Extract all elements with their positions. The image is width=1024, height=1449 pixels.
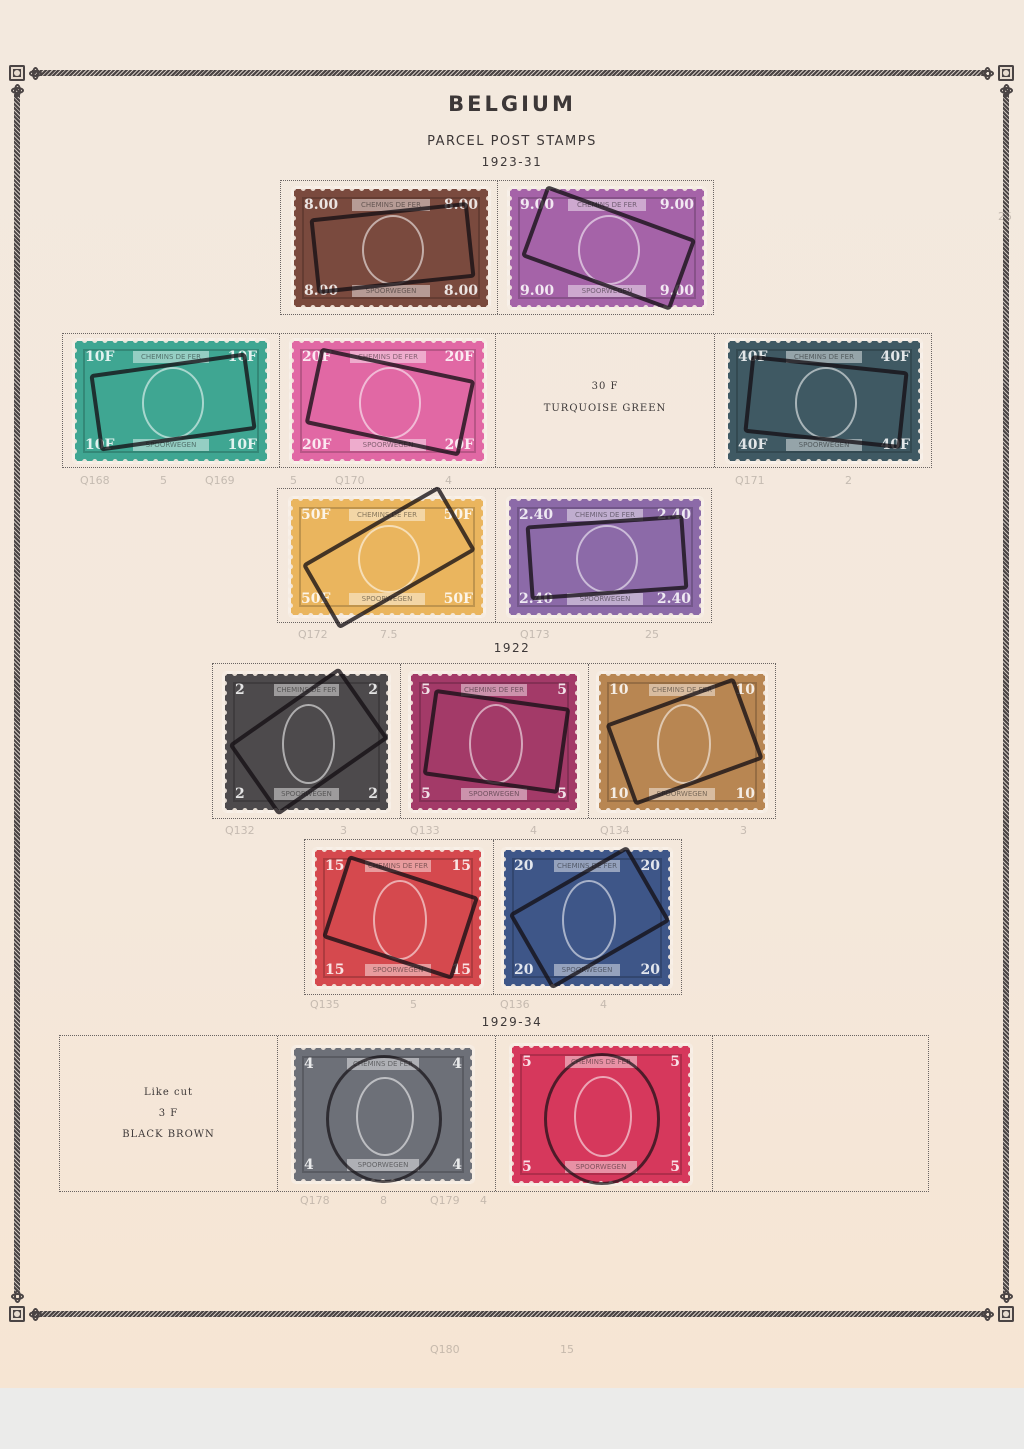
stamp-denomination: 5 (670, 1159, 680, 1175)
stamp-denomination: 15 (452, 858, 471, 874)
stamp-denomination: 8.00 (304, 197, 338, 213)
stamp[interactable]: CHEMINS DE FERSPOORWEGEN8.008.008.008.00 (294, 189, 488, 307)
pencil-note: Q173 (520, 628, 550, 641)
pencil-note: 5 (410, 998, 417, 1011)
stamp-mount: CHEMINS DE FERSPOORWEGEN20202020 (494, 840, 681, 994)
stamp-denomination: 10 (736, 786, 755, 802)
pencil-note: Q134 (600, 824, 630, 837)
stamp-denomination: 10F (85, 349, 114, 365)
pencil-note: Q171 (735, 474, 765, 487)
pencil-note: 4 (480, 1194, 487, 1207)
stamp-mount: CHEMINS DE FERSPOORWEGEN5555 (401, 664, 589, 818)
stamp-denomination: 20F (302, 437, 331, 453)
space-color-name: BLACK BROWN (60, 1124, 277, 1145)
stamp[interactable]: CHEMINS DE FERSPOORWEGEN40F40F40F40F (728, 341, 920, 461)
stamp-mount: CHEMINS DE FERSPOORWEGEN15151515 (305, 840, 494, 994)
corner-ornament-icon (9, 65, 25, 81)
pencil-note: Q168 (80, 474, 110, 487)
pencil-note: Q136 (500, 998, 530, 1011)
pencil-note: 3 (340, 824, 347, 837)
stamp-denomination: 2 (368, 786, 378, 802)
pencil-note: Q170 (335, 474, 365, 487)
stamp-mount: CHEMINS DE FERSPOORWEGEN10101010 (589, 664, 775, 818)
stamp-denomination: 10 (609, 786, 628, 802)
stamp[interactable]: CHEMINS DE FERSPOORWEGEN2222 (225, 674, 388, 810)
postmark-cancel (544, 1053, 660, 1185)
stamp-denomination: 9.00 (520, 283, 554, 299)
pencil-note: Q179 (430, 1194, 460, 1207)
stamp-mount: CHEMINS DE FERSPOORWEGEN9.009.009.009.00 (498, 181, 713, 314)
stamp-denomination: 8.00 (444, 283, 478, 299)
stamp-mount: CHEMINS DE FERSPOORWEGEN20F20F20F20F (280, 334, 496, 467)
stamp-denomination: 20 (514, 858, 533, 874)
stamp-denomination: 20 (641, 962, 660, 978)
corner-ornament-icon (9, 1306, 25, 1322)
pencil-note: Q180 (430, 1343, 460, 1356)
stamp-denomination: 9.00 (660, 197, 694, 213)
space-value: 3 F (60, 1103, 277, 1124)
pencil-note: 3 (740, 824, 747, 837)
stamp[interactable]: CHEMINS DE FERSPOORWEGEN5555 (512, 1046, 690, 1183)
stamp[interactable]: CHEMINS DE FERSPOORWEGEN10F10F10F10F (75, 341, 267, 461)
stamp-denomination: 5 (421, 682, 431, 698)
stamp-denomination: 2.40 (519, 507, 553, 523)
stamp-row: CHEMINS DE FERSPOORWEGEN8.008.008.008.00… (280, 180, 714, 315)
stamp[interactable]: CHEMINS DE FERSPOORWEGEN50F50F50F50F (291, 499, 483, 615)
postmark-cancel (526, 514, 689, 600)
pencil-note: 25 (645, 628, 659, 641)
pencil-note: 7.5 (380, 628, 398, 641)
stamp-row: CHEMINS DE FERSPOORWEGEN15151515 CHEMINS… (304, 839, 682, 995)
stamp-denomination: 5 (421, 786, 431, 802)
stamp-denomination: 2 (235, 682, 245, 698)
space-color-name: TURQUOISE GREEN (496, 398, 714, 419)
stamp-denomination: 5 (670, 1054, 680, 1070)
pencil-note: 25 (998, 210, 1012, 223)
stamp-denomination: 4 (452, 1056, 462, 1072)
stamp-denomination: 40F (738, 437, 767, 453)
stamp-denomination: 2 (235, 786, 245, 802)
section-year-1922: 1922 (0, 641, 1024, 655)
stamp-mount: CHEMINS DE FERSPOORWEGEN8.008.008.008.00 (281, 181, 498, 314)
pencil-note: Q132 (225, 824, 255, 837)
stamp-denomination: 40F (881, 349, 910, 365)
empty-space-30f: 30 F TURQUOISE GREEN (496, 334, 715, 467)
pencil-note: 15 (560, 1343, 574, 1356)
postmark-cancel (744, 355, 909, 449)
pencil-note: 8 (380, 1194, 387, 1207)
pencil-note: Q133 (410, 824, 440, 837)
quatrefoil-icon (29, 1308, 42, 1321)
frame-border-right (1003, 88, 1009, 1293)
stamp-denomination: 5 (522, 1159, 532, 1175)
stamp-mount: CHEMINS DE FERSPOORWEGEN10F10F10F10F (63, 334, 280, 467)
stamp-mount: CHEMINS DE FERSPOORWEGEN40F40F40F40F (715, 334, 931, 467)
pencil-note: Q172 (298, 628, 328, 641)
corner-ornament-icon (998, 1306, 1014, 1322)
stamp-legend: SPOORWEGEN (461, 788, 527, 800)
stamp[interactable]: CHEMINS DE FERSPOORWEGEN20F20F20F20F (292, 341, 484, 461)
postmark-cancel (326, 1055, 442, 1183)
page-title: BELGIUM (0, 92, 1024, 116)
pencil-note: Q169 (205, 474, 235, 487)
pencil-note: 5 (290, 474, 297, 487)
quatrefoil-icon (981, 1308, 994, 1321)
stamp[interactable]: CHEMINS DE FERSPOORWEGEN5555 (411, 674, 577, 810)
stamp-row: CHEMINS DE FERSPOORWEGEN2222 CHEMINS DE … (212, 663, 776, 819)
pencil-note: 4 (445, 474, 452, 487)
stamp-denomination: 4 (304, 1157, 314, 1173)
quatrefoil-icon (981, 67, 994, 80)
stamp[interactable]: CHEMINS DE FERSPOORWEGEN10101010 (599, 674, 765, 810)
scanner-background (0, 1388, 1024, 1449)
pencil-note: Q135 (310, 998, 340, 1011)
stamp-mount: CHEMINS DE FERSPOORWEGEN2222 (213, 664, 401, 818)
pencil-note: Q178 (300, 1194, 330, 1207)
stamp-denomination: 15 (325, 962, 344, 978)
section-year-1923-31: 1923-31 (0, 155, 1024, 169)
stamp[interactable]: CHEMINS DE FERSPOORWEGEN9.009.009.009.00 (510, 189, 704, 307)
stamp-denomination: 4 (304, 1056, 314, 1072)
pencil-note: 4 (600, 998, 607, 1011)
stamp-denomination: 5 (557, 682, 567, 698)
quatrefoil-icon (29, 67, 42, 80)
stamp-denomination: 20F (445, 349, 474, 365)
stamp-row: Like cut 3 F BLACK BROWN CHEMINS DE FERS… (59, 1035, 929, 1192)
stamp-row: CHEMINS DE FERSPOORWEGEN10F10F10F10F CHE… (62, 333, 932, 468)
stamp-mount: CHEMINS DE FERSPOORWEGEN2.402.402.402.40 (496, 489, 711, 622)
section-year-1929-34: 1929-34 (0, 1015, 1024, 1029)
frame-border-bottom (32, 1311, 987, 1317)
stamp[interactable]: CHEMINS DE FERSPOORWEGEN2.402.402.402.40 (509, 499, 701, 615)
stamp[interactable]: CHEMINS DE FERSPOORWEGEN20202020 (504, 850, 670, 986)
empty-space (713, 1036, 929, 1191)
quatrefoil-icon (11, 1290, 24, 1303)
stamp-row: CHEMINS DE FERSPOORWEGEN50F50F50F50F CHE… (277, 488, 712, 623)
stamp[interactable]: CHEMINS DE FERSPOORWEGEN15151515 (315, 850, 481, 986)
page-subtitle: PARCEL POST STAMPS (0, 134, 1024, 149)
stamp-denomination: 20 (641, 858, 660, 874)
stamp-denomination: 2 (368, 682, 378, 698)
empty-space-3f: Like cut 3 F BLACK BROWN (60, 1036, 278, 1191)
frame-border-top (32, 70, 987, 76)
stamp-mount: CHEMINS DE FERSPOORWEGEN5555 (496, 1036, 713, 1191)
pencil-note: 5 (160, 474, 167, 487)
stamp-denomination: 2.40 (657, 591, 691, 607)
space-value: 30 F (496, 376, 714, 397)
stamp-mount: CHEMINS DE FERSPOORWEGEN4444 (278, 1036, 496, 1191)
stamp-denomination: 5 (522, 1054, 532, 1070)
stamp-denomination: 50F (444, 591, 473, 607)
quatrefoil-icon (1000, 1290, 1013, 1303)
frame-border-left (14, 88, 20, 1293)
stamp-denomination: 10F (228, 437, 257, 453)
stamp-denomination: 20 (514, 962, 533, 978)
stamp[interactable]: CHEMINS DE FERSPOORWEGEN4444 (294, 1048, 472, 1181)
corner-ornament-icon (998, 65, 1014, 81)
stamp-denomination: 10 (609, 682, 628, 698)
pencil-note: 2 (845, 474, 852, 487)
stamp-denomination: 50F (301, 507, 330, 523)
pencil-note: 4 (530, 824, 537, 837)
stamp-mount: CHEMINS DE FERSPOORWEGEN50F50F50F50F (278, 489, 496, 622)
stamp-denomination: 15 (325, 858, 344, 874)
stamp-denomination: 4 (452, 1157, 462, 1173)
space-note: Like cut (60, 1082, 277, 1103)
